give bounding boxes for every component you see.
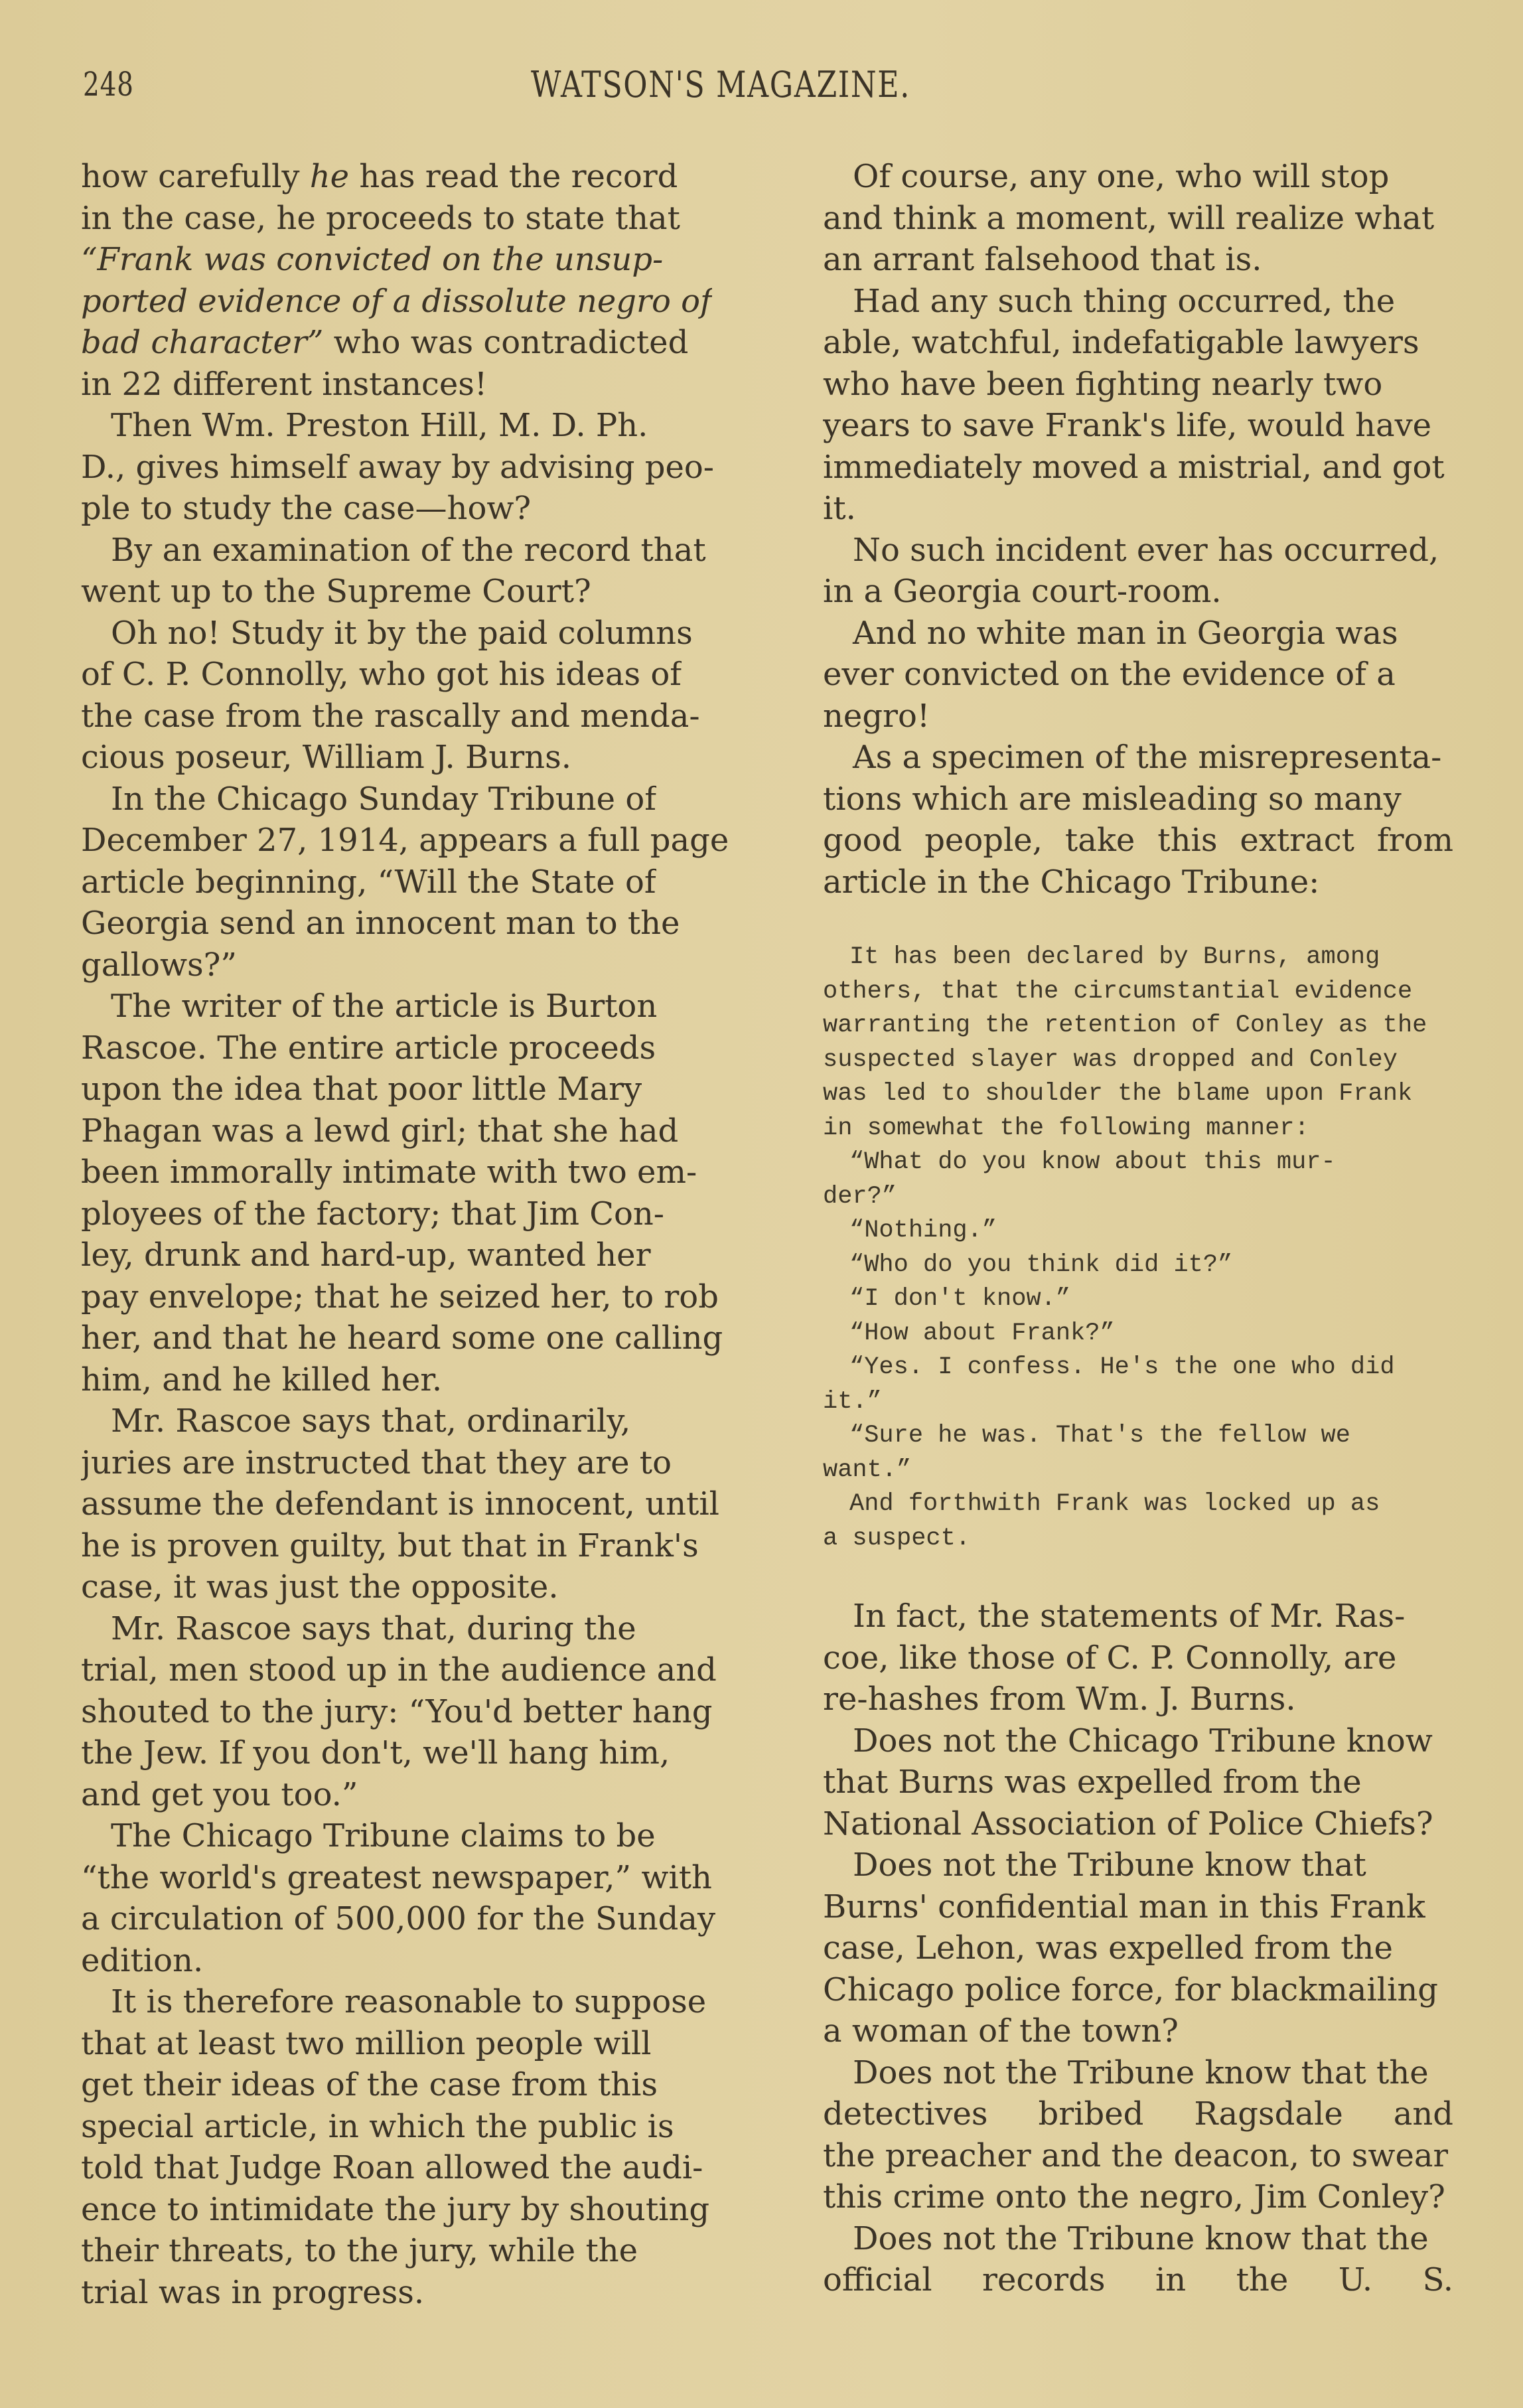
body-text-line: bad character” who was contradicted bbox=[81, 323, 688, 364]
body-text-line: Georgia send an innocent man to the bbox=[81, 903, 680, 944]
block-quote-line: It has been declared by Burns, among bbox=[823, 941, 1380, 975]
body-text-line: December 27, 1914, appears a full page bbox=[81, 820, 729, 862]
body-text-line: immediately moved a mistrial, and got bbox=[823, 447, 1445, 489]
italic-emphasis: bad character” bbox=[81, 324, 323, 361]
body-text-line: that at least two million people will bbox=[81, 2024, 652, 2065]
body-text-line: him, and he killed her. bbox=[81, 1360, 442, 1400]
block-quote-line: was led to shoulder the blame upon Frank bbox=[823, 1077, 1412, 1112]
body-text-line: cious poseur, William J. Burns. bbox=[81, 737, 571, 777]
body-text-line: ployees of the factory; that Jim Con- bbox=[81, 1194, 664, 1235]
body-text-line: of C. P. Connolly, who got his ideas of bbox=[81, 654, 682, 696]
body-text-line: good people, take this extract from the bbox=[823, 820, 1453, 862]
body-text-line: Of course, any one, who will stop bbox=[823, 157, 1389, 198]
body-text-line: in 22 different instances! bbox=[81, 364, 487, 404]
body-text-line: in a Georgia court-room. bbox=[823, 571, 1222, 611]
body-text-line: ence to intimidate the jury by shouting bbox=[81, 2190, 709, 2231]
body-text-line: negro! bbox=[823, 696, 930, 736]
body-text-line: ley, drunk and hard-up, wanted her bbox=[81, 1235, 651, 1276]
body-text-line: how carefully he has read the record bbox=[81, 157, 678, 198]
body-text-line: Mr. Rascoe says that, during the bbox=[81, 1609, 636, 1650]
body-text-line: Oh no! Study it by the paid columns bbox=[81, 613, 693, 654]
body-text-line: article beginning, “Will the State of bbox=[81, 862, 656, 903]
body-text-line: their threats, to the jury, while the bbox=[81, 2231, 638, 2272]
block-quote-line: “How about Frank?” bbox=[823, 1317, 1115, 1350]
body-text-line: Does not the Chicago Tribune know bbox=[823, 1721, 1433, 1762]
body-text-line: trial, men stood up in the audience and bbox=[81, 1650, 717, 1691]
body-text-line: It is therefore reasonable to suppose bbox=[81, 1982, 706, 2023]
body-text-line: Does not the Tribune know that bbox=[823, 1845, 1366, 1886]
body-text-line: Burns' confidential man in this Frank bbox=[823, 1887, 1425, 1928]
body-text-line: been immorally intimate with two em- bbox=[81, 1152, 697, 1193]
block-quote-line: want.” bbox=[823, 1454, 911, 1487]
body-text-line: trial was in progress. bbox=[81, 2273, 424, 2312]
body-text-line: and get you too.” bbox=[81, 1775, 358, 1815]
body-text-line: Phagan was a lewd girl; that she had bbox=[81, 1111, 678, 1152]
body-text-line: edition. bbox=[81, 1941, 203, 1981]
body-text-line: juries are instructed that they are to bbox=[81, 1443, 672, 1484]
body-text-line: Does not the Tribune know that the bbox=[823, 2219, 1429, 2260]
body-text-line: coe, like those of C. P. Connolly, are bbox=[823, 1638, 1396, 1679]
body-text-line: the case from the rascally and menda- bbox=[81, 696, 700, 737]
body-text-line: By an examination of the record that bbox=[81, 530, 706, 571]
body-text-line: tions which are misleading so many bbox=[823, 779, 1402, 820]
body-text-line: In the Chicago Sunday Tribune of bbox=[81, 779, 656, 820]
body-text-line: gallows?” bbox=[81, 945, 237, 985]
body-text-line: In fact, the statements of Mr. Ras- bbox=[823, 1596, 1405, 1637]
body-text-line: And no white man in Georgia was bbox=[823, 613, 1398, 654]
body-text-line: this crime onto the negro, Jim Conley? bbox=[823, 2177, 1445, 2218]
body-text-line: that Burns was expelled from the bbox=[823, 1762, 1362, 1803]
body-text-line: told that Judge Roan allowed the audi- bbox=[81, 2148, 703, 2189]
body-text-line: ple to study the case—how? bbox=[81, 489, 531, 528]
block-quote-line: warranting the retention of Conley as th… bbox=[823, 1009, 1427, 1043]
body-text-line: able, watchful, indefatigable lawyers bbox=[823, 323, 1419, 364]
body-text-line: Then Wm. Preston Hill, M. D. Ph. bbox=[81, 406, 648, 447]
running-title: WATSON'S MAGAZINE. bbox=[531, 64, 910, 106]
body-text-line: assume the defendant is innocent, until bbox=[81, 1484, 719, 1525]
block-quote-line: “I don't know.” bbox=[823, 1282, 1070, 1316]
body-text-line: Chicago police force, for blackmailing bbox=[823, 1970, 1438, 2011]
body-text-line: in the case, he proceeds to state that bbox=[81, 198, 680, 240]
body-text-line: get their ideas of the case from this bbox=[81, 2065, 658, 2106]
body-text-line: official records in the U. S. Department bbox=[823, 2260, 1453, 2301]
block-quote-line: “What do you know about this mur- bbox=[823, 1146, 1336, 1180]
body-text-line: a woman of the town? bbox=[823, 2011, 1179, 2051]
body-text-line: Had any such thing occurred, the bbox=[823, 281, 1395, 323]
body-text-line: re-hashes from Wm. J. Burns. bbox=[823, 1679, 1296, 1719]
block-quote-line: “Sure he was. That's the fellow we bbox=[823, 1419, 1350, 1454]
body-text-line: The Chicago Tribune claims to be bbox=[81, 1816, 656, 1857]
body-text-line: her, and that he heard some one calling bbox=[81, 1318, 723, 1359]
block-quote-line: others, that the circumstantial evidence bbox=[823, 975, 1412, 1010]
page-header: 248 WATSON'S MAGAZINE. bbox=[0, 0, 1523, 133]
block-quote-line: it.” bbox=[823, 1385, 882, 1418]
block-quote-line: And forthwith Frank was locked up as bbox=[823, 1487, 1380, 1522]
body-text-line: who have been fighting nearly two bbox=[823, 364, 1382, 406]
body-text-line: a circulation of 500,000 for the Sunday bbox=[81, 1899, 715, 1940]
body-text-line: it. bbox=[823, 489, 856, 528]
page-number: 248 bbox=[83, 65, 134, 104]
body-text-line: Rascoe. The entire article proceeds bbox=[81, 1028, 656, 1069]
block-quote-line: “Who do you think did it?” bbox=[823, 1248, 1232, 1282]
body-text-line: ported evidence of a dissolute negro of bbox=[81, 281, 712, 323]
body-text-line: shouted to the jury: “You'd better hang bbox=[81, 1692, 713, 1733]
body-text-line: Does not the Tribune know that the bbox=[823, 2053, 1429, 2094]
body-text-line: ever convicted on the evidence of a bbox=[823, 654, 1396, 696]
body-text-line: case, it was just the opposite. bbox=[81, 1567, 559, 1607]
body-text-line: the Jew. If you don't, we'll hang him, bbox=[81, 1733, 670, 1774]
body-text-line: article in the Chicago Tribune: bbox=[823, 862, 1319, 902]
body-text-line: “Frank was convicted on the unsup- bbox=[81, 240, 663, 281]
body-text-line: No such incident ever has occurred, bbox=[823, 530, 1439, 571]
body-text-line: As a specimen of the misrepresenta- bbox=[823, 737, 1441, 779]
body-text-line: The writer of the article is Burton bbox=[81, 986, 657, 1027]
body-text-line: case, Lehon, was expelled from the bbox=[823, 1928, 1393, 1969]
body-text-line: the preacher and the deacon, to swear bbox=[823, 2136, 1448, 2177]
body-text-line: an arrant falsehood that is. bbox=[823, 240, 1262, 279]
body-text-line: pay envelope; that he seized her, to rob bbox=[81, 1277, 719, 1318]
body-text-line: he is proven guilty, but that in Frank's bbox=[81, 1526, 699, 1567]
italic-emphasis: he bbox=[310, 158, 349, 195]
block-quote-line: in somewhat the following manner: bbox=[823, 1112, 1309, 1145]
body-text-line: went up to the Supreme Court? bbox=[81, 571, 591, 611]
body-text-line: D., gives himself away by advising peo- bbox=[81, 447, 714, 489]
body-text-line: special article, in which the public is bbox=[81, 2107, 674, 2148]
block-quote-line: “Yes. I confess. He's the one who did bbox=[823, 1351, 1395, 1385]
body-text-line: detectives bribed Ragsdale and Barber, bbox=[823, 2094, 1453, 2135]
block-quote-line: der?” bbox=[823, 1180, 897, 1213]
body-text-line: “the world's greatest newspaper,” with bbox=[81, 1858, 712, 1899]
body-text-line: years to save Frank's life, would have bbox=[823, 406, 1431, 447]
body-text-line: and think a moment, will realize what bbox=[823, 198, 1434, 240]
block-quote-line: suspected slayer was dropped and Conley bbox=[823, 1043, 1398, 1078]
body-text-line: National Association of Police Chiefs? bbox=[823, 1804, 1433, 1845]
block-quote-line: “Nothing.” bbox=[823, 1214, 997, 1247]
block-quote-line: a suspect. bbox=[823, 1522, 970, 1555]
body-text-line: upon the idea that poor little Mary bbox=[81, 1069, 642, 1110]
body-text-line: Mr. Rascoe says that, ordinarily, bbox=[81, 1401, 630, 1442]
